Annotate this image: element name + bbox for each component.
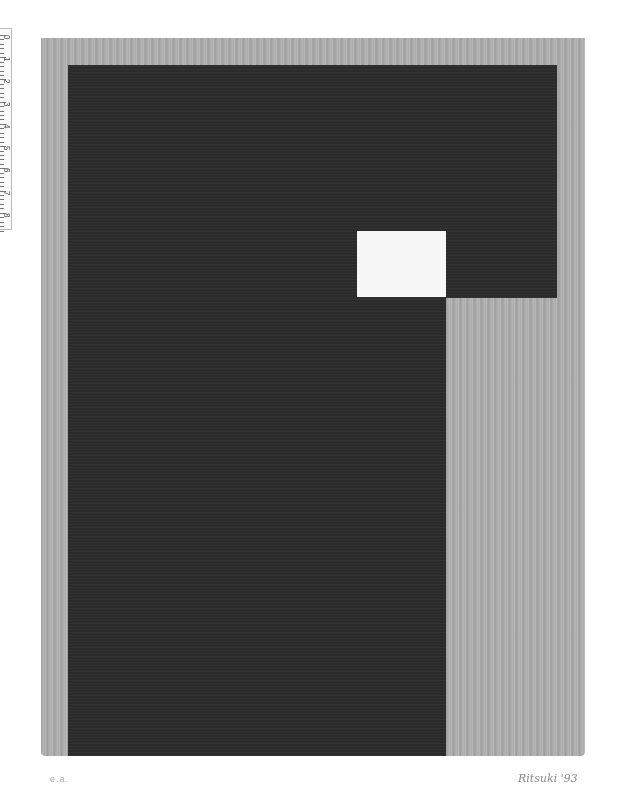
- ruler-tick: [0, 102, 6, 103]
- ruler-tick: [0, 124, 6, 125]
- ruler-tick: [0, 75, 4, 76]
- ruler-tick: [0, 222, 4, 223]
- ruler-tick: [0, 111, 4, 112]
- ruler-tick: [0, 133, 4, 134]
- ruler-tick: [0, 106, 4, 107]
- ruler-tick: [0, 66, 4, 67]
- ruler-tick: [0, 93, 4, 94]
- ruler-tick: [0, 128, 4, 129]
- edition-inscription: e.a.: [50, 774, 69, 784]
- ruler-tick: [0, 199, 4, 200]
- dark-field-top: [68, 65, 557, 298]
- white-rectangle: [357, 231, 446, 297]
- ruler-tick: [0, 159, 4, 160]
- ruler-tick: [0, 217, 4, 218]
- ruler-tick: [0, 57, 6, 58]
- ruler-tick: [0, 44, 4, 45]
- ruler-tick: [0, 35, 6, 36]
- ruler-tick: [0, 53, 4, 54]
- ruler-tick: [0, 177, 4, 178]
- ruler-tick: [0, 164, 4, 165]
- ruler-tick: [0, 115, 4, 116]
- ruler-tick: [0, 146, 6, 147]
- ruler-tick: [0, 191, 6, 192]
- ruler-tick: [0, 155, 4, 156]
- ruler-tick: [0, 62, 4, 63]
- ruler-tick: [0, 204, 4, 205]
- ruler-tick: [0, 88, 4, 89]
- ruler-tick: [0, 137, 4, 138]
- scale-ruler: 012345678: [0, 28, 12, 230]
- ruler-tick: [0, 39, 4, 40]
- dark-field-column: [68, 298, 446, 756]
- ruler-tick: [0, 226, 4, 227]
- ruler-tick: [0, 213, 6, 214]
- ruler-tick: [0, 48, 4, 49]
- ruler-tick: [0, 182, 4, 183]
- ruler-tick: [0, 168, 6, 169]
- ruler-tick: [0, 84, 4, 85]
- ruler-tick: [0, 186, 4, 187]
- ruler-tick: [0, 97, 4, 98]
- ruler-tick: [0, 119, 4, 120]
- ruler-tick: [0, 173, 4, 174]
- etching-plate: [41, 38, 585, 756]
- ruler-tick: [0, 195, 4, 196]
- ruler-tick: [0, 151, 4, 152]
- ruler-tick: [0, 142, 4, 143]
- ruler-tick: [0, 79, 6, 80]
- artist-signature: Ritsuki '93: [518, 772, 578, 785]
- ruler-tick: [0, 208, 4, 209]
- ruler-tick: [0, 231, 4, 232]
- ruler-tick: [0, 71, 4, 72]
